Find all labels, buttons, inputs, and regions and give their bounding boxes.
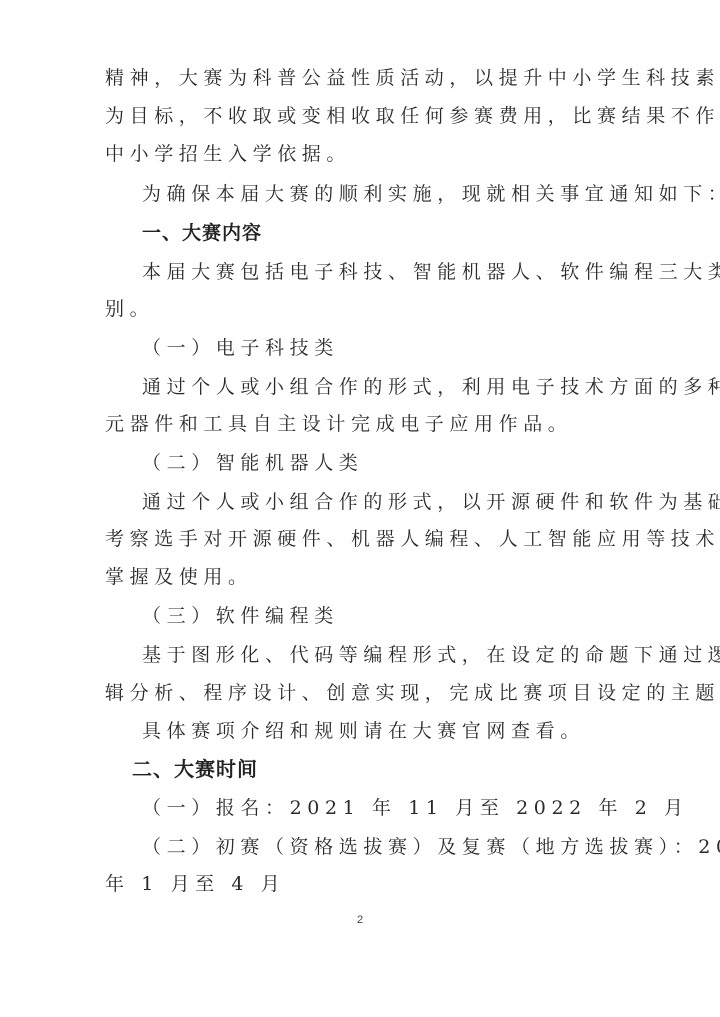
body-text-line: 本届大赛包括电子科技、智能机器人、软件编程三大类: [142, 260, 642, 284]
body-text-line: 考察选手对开源硬件、机器人编程、人工智能应用等技术的: [105, 527, 605, 551]
body-text-line: （一）报名：2021 年 11 月至 2022 年 2 月: [142, 796, 642, 820]
body-text-line: 为目标，不收取或变相收取任何参赛费用，比赛结果不作为: [105, 104, 605, 128]
body-text-line: 通过个人或小组合作的形式，利用电子技术方面的多种: [142, 375, 642, 399]
document-page: 精神，大赛为科普公益性质活动，以提升中小学生科技素质 为目标，不收取或变相收取任…: [0, 0, 720, 1017]
page-number: 2: [0, 914, 720, 926]
section-heading-contest-content: 一、大赛内容: [142, 221, 642, 245]
section-heading-contest-time: 二、大赛时间: [132, 757, 632, 781]
body-text-line: 元器件和工具自主设计完成电子应用作品。: [105, 412, 605, 436]
subsection-heading-programming: （三）软件编程类: [142, 604, 642, 628]
body-text-line: 别。: [105, 297, 605, 321]
body-text-line: 中小学招生入学依据。: [105, 142, 605, 166]
subsection-heading-robotics: （二）智能机器人类: [142, 451, 642, 475]
body-text-line: 掌握及使用。: [105, 565, 605, 589]
body-text-line: 精神，大赛为科普公益性质活动，以提升中小学生科技素质: [105, 66, 605, 90]
body-text-line: 辑分析、程序设计、创意实现，完成比赛项目设定的主题。: [105, 681, 605, 705]
subsection-heading-electronics: （一）电子科技类: [142, 336, 642, 360]
body-text-line: 通过个人或小组合作的形式，以开源硬件和软件为基础，: [142, 490, 642, 514]
body-text-line: 基于图形化、代码等编程形式，在设定的命题下通过逻: [142, 643, 642, 667]
body-text-line: 具体赛项介绍和规则请在大赛官网查看。: [142, 719, 642, 743]
body-text-line: 为确保本届大赛的顺利实施，现就相关事宜通知如下：: [142, 182, 642, 206]
body-text-line: 年 1 月至 4 月: [105, 872, 605, 896]
body-text-line: （二）初赛（资格选拔赛）及复赛（地方选拔赛）：2022: [142, 835, 642, 859]
